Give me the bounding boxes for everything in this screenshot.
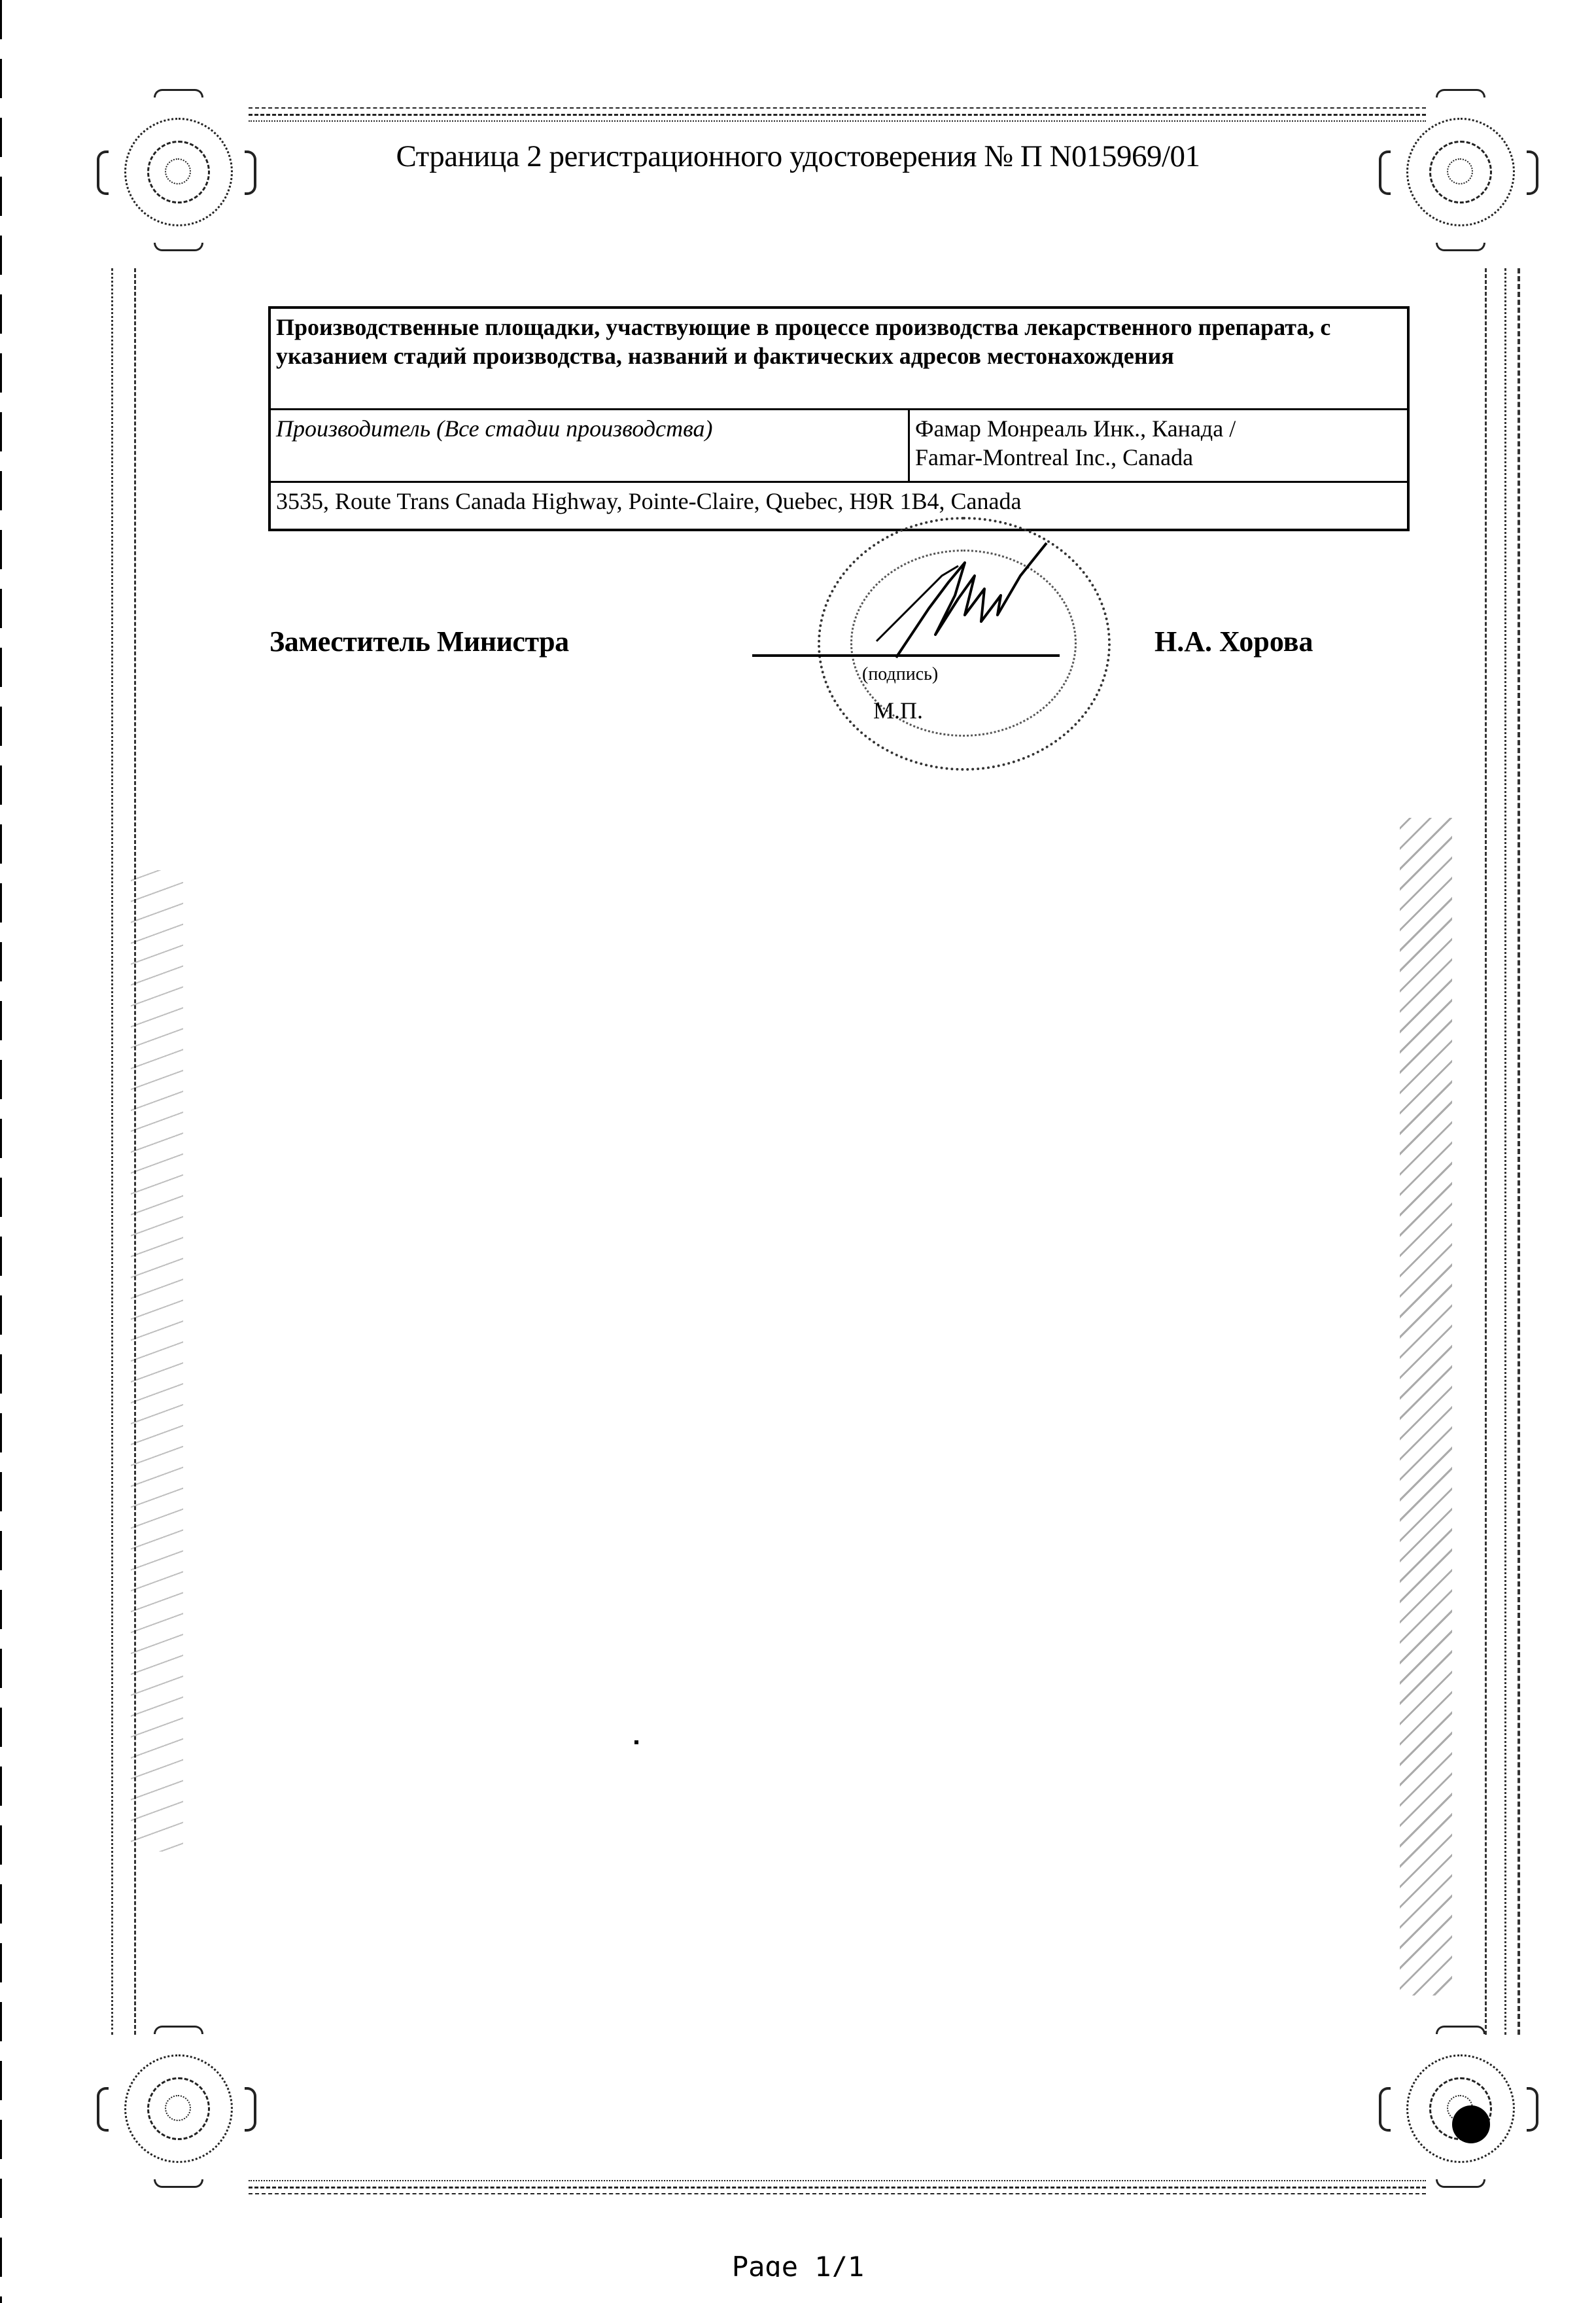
signature-line [752,654,1060,657]
corner-rosette-icon [92,2022,262,2192]
page-title: Страница 2 регистрационного удостоверени… [0,139,1596,174]
guilloche-pattern-right [1400,818,1452,1995]
corner-rosette-icon [1374,2022,1544,2192]
table-row: 3535, Route Trans Canada Highway, Pointe… [269,482,1408,531]
table-row: Производитель (Все стадии производства) … [269,410,1408,482]
scan-edge-artifact [0,0,2,2303]
manufacturer-role-cell: Производитель (Все стадии производства) [269,410,909,482]
scan-speck [634,1740,638,1744]
table-header-cell: Производственные площадки, участвующие в… [269,308,1408,410]
handwritten-signature-icon [850,536,1073,661]
signatory-position: Заместитель Министра [269,625,569,658]
ornamental-border-top [249,105,1426,127]
site-address-cell: 3535, Route Trans Canada Highway, Pointe… [269,482,1408,531]
company-name-en: Famar-Montreal Inc., Canada [915,443,1403,472]
page-footer: Page 1/1 [0,2251,1596,2277]
table-header-row: Производственные площадки, участвующие в… [269,308,1408,410]
black-dot-marker-icon [1452,2105,1490,2143]
guilloche-pattern-left [131,870,183,1852]
signatory-name: Н.А. Хорова [1154,625,1313,658]
manufacturer-name-cell: Фамар Монреаль Инк., Канада / Famar-Mont… [909,410,1409,482]
production-sites-table: Производственные площадки, участвующие в… [268,306,1410,531]
ornamental-border-bottom [249,2177,1426,2200]
signature-caption: (подпись) [862,664,938,685]
ornamental-border-right [1439,268,1544,2035]
company-name-ru: Фамар Монреаль Инк., Канада / [915,414,1403,443]
seal-place-label: М.П. [873,697,923,724]
